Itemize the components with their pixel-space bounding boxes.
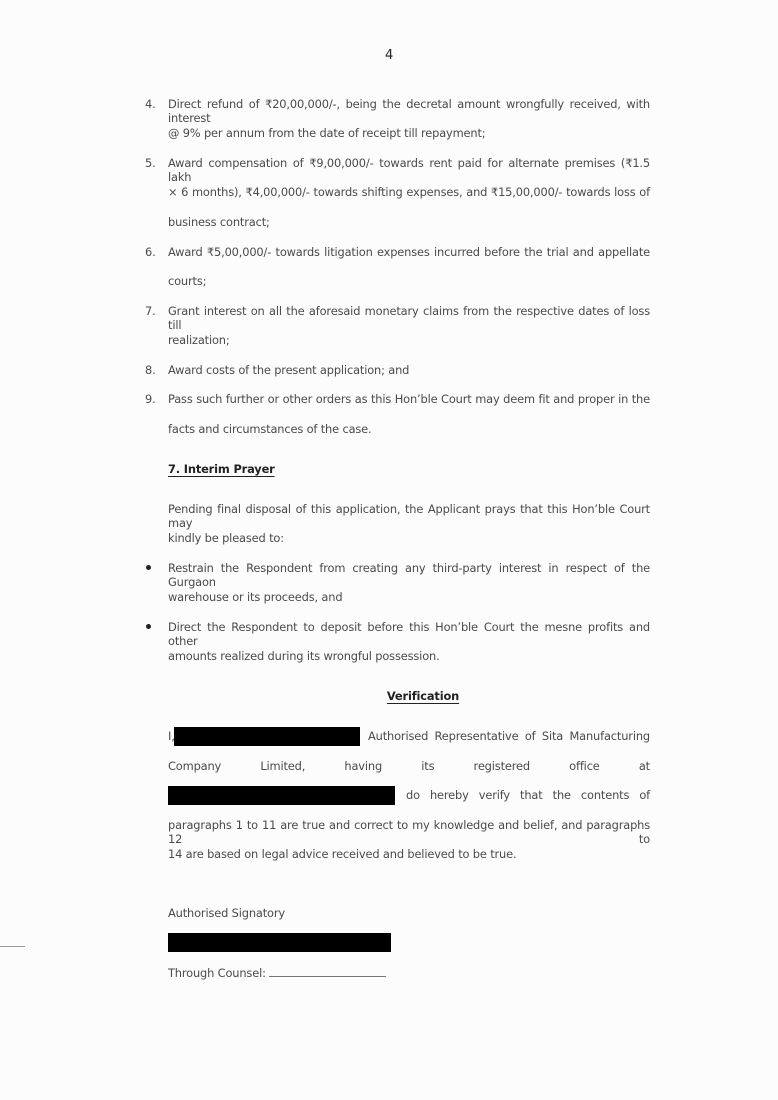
verification-text: do hereby verify that the contents of (406, 788, 650, 802)
verification-heading: Verification (0, 689, 778, 703)
item-text: @ 9% per annum from the date of receipt … (168, 126, 486, 140)
interim-bullet-text: warehouse or its proceeds, and (168, 590, 342, 604)
item-text: Award ₹5,00,000/- towards litigation exp… (168, 245, 650, 259)
verification-text: Company Limited, having its registered o… (168, 759, 650, 773)
redacted-name (174, 727, 360, 746)
bullet-icon (146, 624, 151, 629)
interim-bullet-text: Direct the Respondent to deposit before … (168, 620, 650, 648)
verification-text: Authorised Representative of Sita Manufa… (368, 729, 650, 743)
item-text: Grant interest on all the aforesaid mone… (168, 304, 650, 332)
item-number: 6. (145, 245, 156, 259)
margin-mark (0, 946, 25, 947)
interim-bullet-text: Restrain the Respondent from creating an… (168, 561, 650, 589)
item-number: 9. (145, 392, 156, 406)
item-number: 7. (145, 304, 156, 318)
item-text: × 6 months), ₹4,00,000/- towards shiftin… (168, 185, 650, 199)
item-text: courts; (168, 274, 206, 288)
item-number: 5. (145, 156, 156, 170)
verification-text: paragraphs 1 to 11 are true and correct … (168, 818, 650, 846)
page-number: 4 (0, 48, 778, 63)
bullet-icon (146, 565, 151, 570)
item-text: facts and circumstances of the case. (168, 422, 372, 436)
item-number: 4. (145, 97, 156, 111)
interim-bullet-text: amounts realized during its wrongful pos… (168, 649, 440, 663)
section-heading: 7. Interim Prayer (168, 462, 275, 476)
signatory-label: Authorised Signatory (168, 906, 285, 920)
counsel-line: Through Counsel: (168, 965, 386, 980)
item-text: business contract; (168, 215, 270, 229)
counsel-label: Through Counsel: (168, 966, 266, 980)
item-number: 8. (145, 363, 156, 377)
item-text: Pass such further or other orders as thi… (168, 392, 650, 406)
redacted-signatory (168, 933, 391, 952)
item-text: realization; (168, 333, 230, 347)
item-text: Direct refund of ₹20,00,000/-, being the… (168, 97, 650, 125)
item-text: Award costs of the present application; … (168, 363, 409, 377)
redacted-address (168, 786, 395, 805)
counsel-blank-line (269, 965, 386, 977)
verification-text: 14 are based on legal advice received an… (168, 847, 516, 861)
interim-intro: Pending final disposal of this applicati… (168, 502, 650, 530)
interim-intro: kindly be pleased to: (168, 531, 284, 545)
item-text: Award compensation of ₹9,00,000/- toward… (168, 156, 650, 184)
